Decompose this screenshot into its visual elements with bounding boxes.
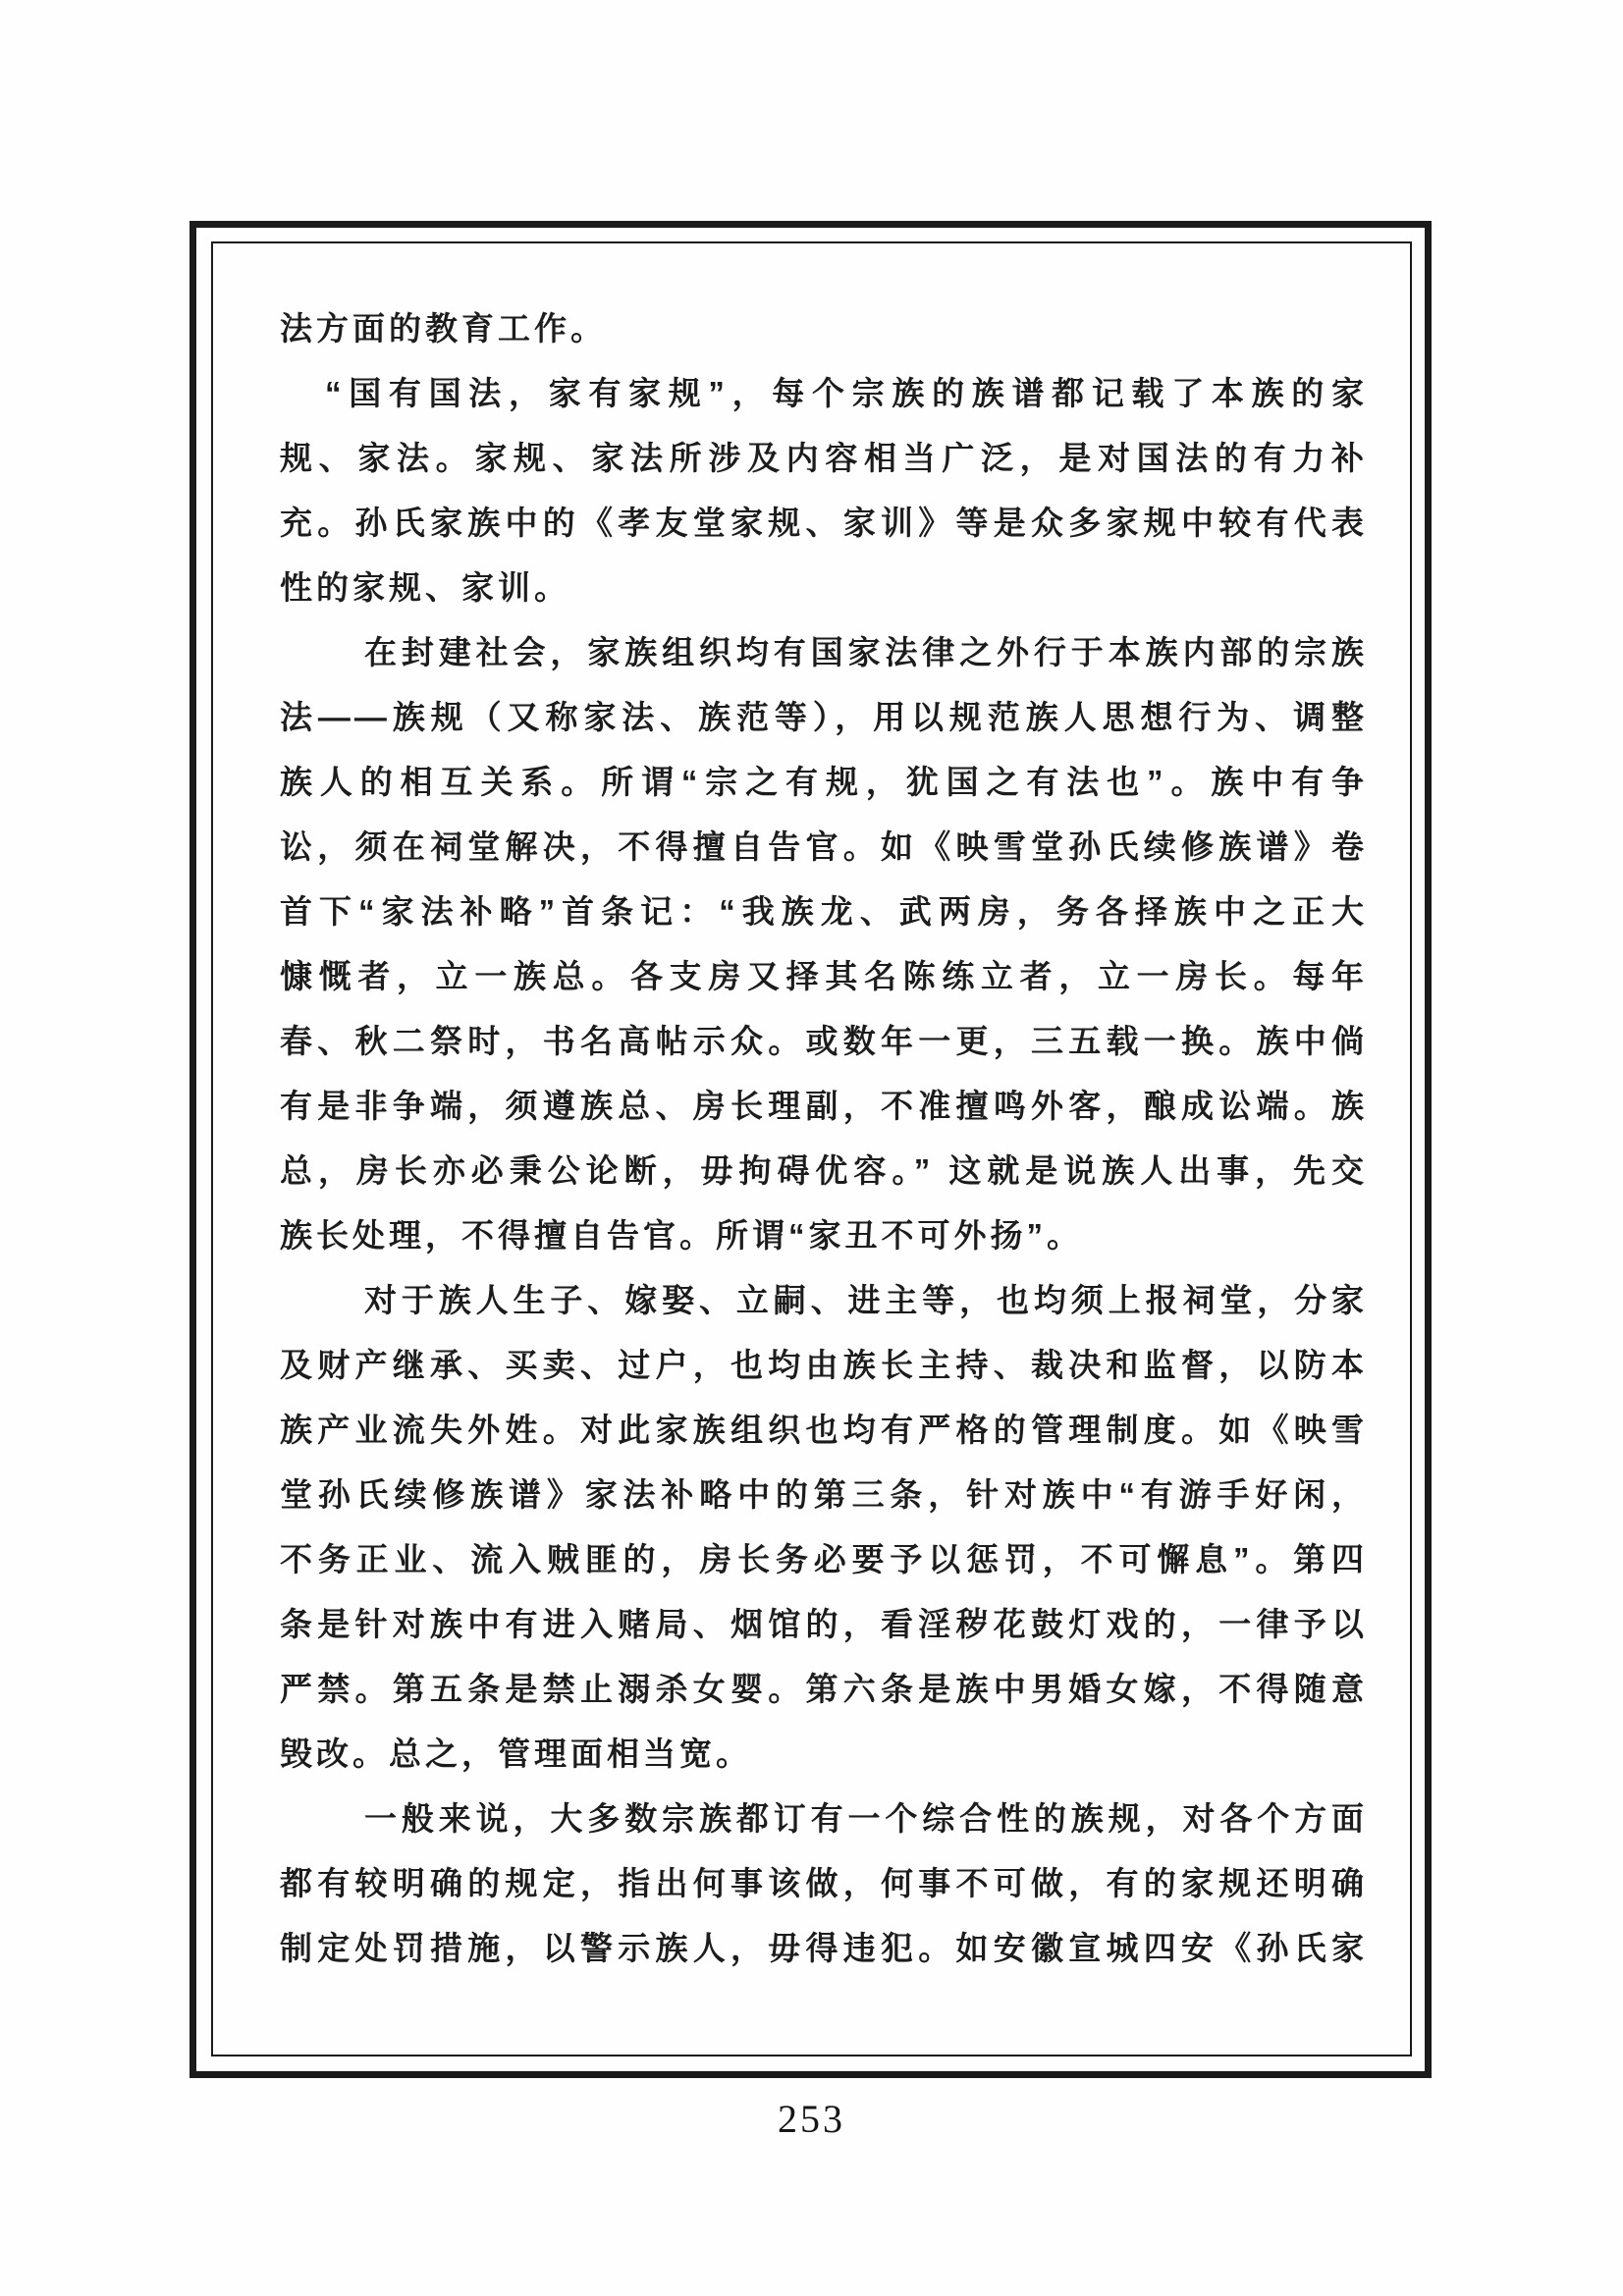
text-line: 性的家规、家训。: [280, 556, 1368, 620]
text-line: 及财产继承、买卖、过户，也均由族长主持、裁决和监督，以防本: [280, 1333, 1368, 1398]
text-line: 慷慨者，立一族总。各支房又择其名陈练立者，立一房长。每年: [280, 944, 1368, 1009]
text-line: 一般来说，大多数宗族都订有一个综合性的族规，对各个方面: [280, 1787, 1368, 1851]
text-line: 法方面的教育工作。: [280, 296, 1368, 361]
text-line: 族产业流失外姓。对此家族组织也均有严格的管理制度。如《映雪: [280, 1398, 1368, 1463]
text-line: 制定处罚措施，以警示族人，毋得违犯。如安徽宣城四安《孙氏家: [280, 1916, 1368, 1981]
text-line: 对于族人生子、嫁娶、立嗣、进主等，也均须上报祠堂，分家: [280, 1268, 1368, 1333]
text-line: 不务正业、流入贼匪的，房长务必要予以惩罚，不可懈息”。第四: [280, 1527, 1368, 1592]
text-line: 族长处理，不得擅自告官。所谓“家丑不可外扬”。: [280, 1203, 1368, 1268]
text-line: 讼，须在祠堂解决，不得擅自告官。如《映雪堂孙氏续修族谱》卷: [280, 815, 1368, 880]
text-line: 规、家法。家规、家法所涉及内容相当广泛，是对国法的有力补: [280, 426, 1368, 491]
text-line: 有是非争端，须遵族总、房长理副，不准擅鸣外客，酿成讼端。族: [280, 1074, 1368, 1139]
text-line: 堂孙氏续修族谱》家法补略中的第三条，针对族中“有游手好闲，: [280, 1463, 1368, 1527]
scanned-book-page: 法方面的教育工作。 “国有国法，家有家规”，每个宗族的族谱都记载了本族的家 规、…: [0, 0, 1623, 2296]
text-line: 法——族规（又称家法、族范等），用以规范族人思想行为、调整: [280, 685, 1368, 750]
page-border-inner: 法方面的教育工作。 “国有国法，家有家规”，每个宗族的族谱都记载了本族的家 规、…: [211, 241, 1412, 2056]
text-line: 春、秋二祭时，书名高帖示众。或数年一更，三五载一换。族中倘: [280, 1009, 1368, 1074]
body-text: 法方面的教育工作。 “国有国法，家有家规”，每个宗族的族谱都记载了本族的家 规、…: [213, 243, 1410, 2055]
text-line: 条是针对族中有进入赌局、烟馆的，看淫秽花鼓灯戏的，一律予以: [280, 1592, 1368, 1657]
text-line: 在封建社会，家族组织均有国家法律之外行于本族内部的宗族: [280, 620, 1368, 685]
text-line: 都有较明确的规定，指出何事该做，何事不可做，有的家规还明确: [280, 1851, 1368, 1916]
page-border-outer: 法方面的教育工作。 “国有国法，家有家规”，每个宗族的族谱都记载了本族的家 规、…: [189, 221, 1432, 2078]
text-line: 严禁。第五条是禁止溺杀女婴。第六条是族中男婚女嫁，不得随意: [280, 1657, 1368, 1722]
text-line: 首下“家法补略”首条记：“我族龙、武两房，务各择族中之正大: [280, 880, 1368, 944]
text-line: 族人的相互关系。所谓“宗之有规，犹国之有法也”。族中有争: [280, 750, 1368, 815]
text-line: 充。孙氏家族中的《孝友堂家规、家训》等是众多家规中较有代表: [280, 491, 1368, 556]
text-line: “国有国法，家有家规”，每个宗族的族谱都记载了本族的家: [280, 361, 1368, 426]
text-line: 总，房长亦必秉公论断，毋拘碍优容。” 这就是说族人出事，先交: [280, 1139, 1368, 1203]
page-number: 253: [0, 2096, 1623, 2142]
text-line: 毁改。总之，管理面相当宽。: [280, 1722, 1368, 1787]
